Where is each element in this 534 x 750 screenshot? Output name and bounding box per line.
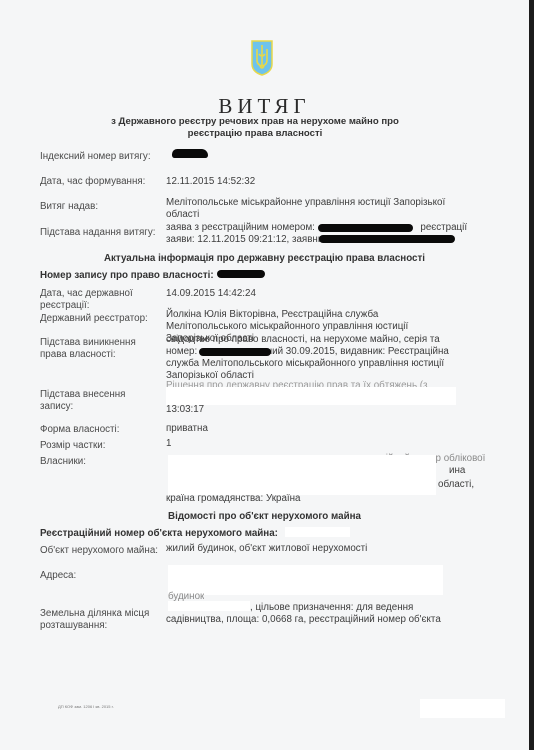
registration-section-title: Актуальна інформація про державну реєстр… — [0, 253, 529, 264]
coat-of-arms-icon — [251, 40, 273, 76]
index-number-redaction — [172, 149, 208, 158]
signature-redaction — [420, 699, 505, 718]
owners-citizenship: країна громадянства: Україна — [166, 493, 466, 505]
ownership-form-label: Форма власності: — [40, 424, 160, 436]
document-page: ВИТЯГ з Державного реєстру речових прав … — [0, 0, 529, 750]
form-code-footer: ДП КОФ зам. 1206 І кв. 2015 г. — [58, 704, 114, 709]
owners-partial-2: ина — [449, 465, 489, 477]
property-reg-number-redaction — [285, 527, 350, 537]
document-subtitle: з Державного реєстру речових прав на нер… — [90, 116, 420, 140]
land-plot-line-1: , цільове призначення: для ведення — [250, 602, 534, 614]
entry-basis-redaction — [166, 387, 456, 405]
index-number-label: Індексний номер витягу: — [40, 151, 160, 163]
subtitle-line-2: реєстрацію права власності — [90, 128, 420, 140]
share-size-label: Розмір частки: — [40, 440, 160, 452]
owners-label: Власники: — [40, 456, 160, 468]
subtitle-line-1: з Державного реєстру речових прав на нер… — [90, 116, 420, 128]
ownership-basis-label: Підстава виникнення права власності: — [40, 337, 160, 361]
registration-text: реєстрації — [420, 222, 467, 233]
record-number-label: Номер запису про право власності: — [40, 270, 214, 281]
record-number-redaction — [217, 270, 265, 278]
formation-datetime-value: 12.11.2015 14:52:32 — [166, 176, 466, 188]
certificate-number-text: номер: — [166, 346, 197, 357]
ownership-form-value: приватна — [166, 423, 466, 435]
land-plot-redaction — [168, 601, 250, 611]
owners-partial-3: області, — [438, 479, 498, 491]
registration-datetime-label: Дата, час державної реєстрації: — [40, 288, 160, 312]
address-redaction — [168, 565, 443, 595]
formation-datetime-label: Дата, час формування: — [40, 176, 160, 188]
issued-by-label: Витяг надав: — [40, 201, 160, 213]
ownership-basis-line-3: служба Мелітопольського міськрайонного у… — [166, 358, 466, 370]
registrar-label: Державний реєстратор: — [40, 313, 160, 325]
entry-basis-time: 13:03:17 — [166, 404, 466, 416]
property-object-value: жилий будинок, об'єкт житлової нерухомос… — [166, 543, 466, 555]
applicant-redaction — [319, 235, 455, 243]
basis-for-extract-line-1: заява з реєстраційним номером: реєстраці… — [166, 222, 466, 234]
property-object-label: Об'єкт нерухомого майна: — [40, 545, 160, 557]
property-reg-number-label: Реєстраційний номер об'єкта нерухомого м… — [40, 528, 278, 539]
land-plot-label: Земельна ділянка місця розташування: — [40, 608, 160, 632]
entry-basis-label: Підстава внесення запису: — [40, 389, 160, 413]
share-size-value: 1 — [166, 438, 466, 450]
scan-edge — [529, 0, 534, 750]
address-label: Адреса: — [40, 570, 160, 582]
application-number-text: заява з реєстраційним номером: — [166, 222, 315, 233]
issued-by-value: Мелітопольське міськрайонне управління ю… — [166, 197, 456, 221]
basis-for-extract-label: Підстава надання витягу: — [40, 227, 160, 239]
owners-redaction — [168, 455, 436, 495]
ownership-basis-line-1: свідоцтво про право власності, на нерухо… — [166, 334, 466, 346]
registration-datetime-value: 14.09.2015 14:42:24 — [166, 288, 466, 300]
land-plot-line-2: садівництва, площа: 0,0668 га, реєстраці… — [166, 614, 466, 626]
property-section-title: Відомості про об'єкт нерухомого майна — [0, 511, 529, 522]
application-number-redaction — [318, 224, 413, 232]
certificate-date-text: ний 30.09.2015, видавник: Реєстраційна — [267, 346, 449, 357]
certificate-number-redaction — [199, 348, 271, 356]
